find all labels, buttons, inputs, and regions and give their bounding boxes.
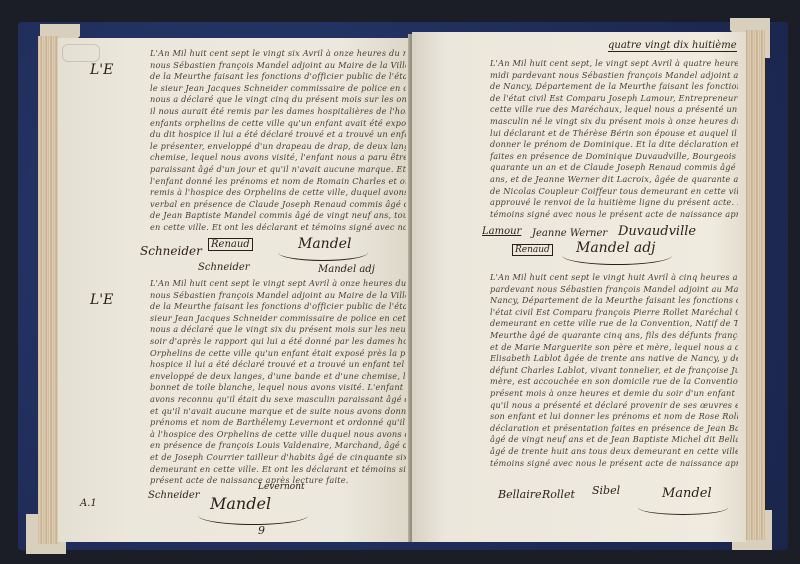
signature: Lamour [482, 226, 521, 237]
signature-flourish [198, 506, 308, 525]
signature: Mandel adj [318, 264, 375, 275]
handwritten-line: bonnet de toile blanche, lequel nous avo… [150, 382, 406, 394]
handwritten-line: en cette ville. Et ont les déclarant et … [150, 222, 406, 234]
handwritten-line: L'An Mil huit cent sept le vingt six Avr… [150, 48, 406, 60]
handwritten-line: et de Marie Marguerite son père et mère,… [490, 342, 738, 354]
handwritten-line: verbal en présence de Claude Joseph Rena… [150, 199, 406, 211]
left-page: L'E L'E A.1 L'An Mil huit cent sept le v… [58, 38, 410, 542]
handwritten-line: sieur Jean Jacques Schneider commissaire… [150, 313, 406, 325]
handwritten-line: Meurthe âgé de quarante cinq ans, fils d… [490, 330, 738, 342]
register-entry: L'An Mil huit cent sept le vingt six Avr… [150, 48, 406, 234]
handwritten-line: de l'état civil Est Comparu Joseph Lamou… [490, 93, 738, 105]
bottom-note: A.1 [80, 498, 97, 509]
signature: Schneider [148, 490, 200, 501]
handwritten-line: de la Meurthe faisant les fonctions d'of… [150, 71, 406, 83]
handwritten-line: qu'il nous a présenté et déclaré proveni… [490, 400, 738, 412]
handwritten-line: témoins signé avec nous le présent acte … [490, 209, 738, 221]
signature: Sibel [592, 484, 620, 497]
handwritten-line: L'An Mil huit cent sept le vingt sept Av… [150, 278, 406, 290]
handwritten-line: approuvé le renvoi de la huitième ligne … [490, 197, 738, 209]
handwritten-line: à l'hospice des Orphelins de cette ville… [150, 429, 406, 441]
right-page: quatre vingt dix huitième L'An Mil huit … [412, 32, 746, 542]
signature-flourish [638, 500, 728, 515]
handwritten-line: avons reconnu qu'il était du sexe mascul… [150, 394, 406, 406]
handwritten-line: soir d'après le rapport qui lui a été do… [150, 336, 406, 348]
handwritten-line: demeurant en cette ville. Et ont les déc… [150, 464, 406, 476]
register-entry: L'An Mil huit cent sept le vingt sept Av… [150, 278, 406, 487]
handwritten-line: et qu'il n'avait aucune marque et de sui… [150, 406, 406, 418]
handwritten-line: chemise, lequel nous avons visité, l'enf… [150, 152, 406, 164]
page-edges-left [38, 36, 60, 544]
handwritten-line: défunt Charles Lablot, vivant tonnelier,… [490, 365, 738, 377]
handwritten-line: nous a déclaré que le vingt cinq du prés… [150, 94, 406, 106]
handwritten-line: témoins signé avec nous le présent acte … [490, 458, 738, 470]
handwritten-line: Nancy, Département de la Meurthe faisant… [490, 295, 738, 307]
handwritten-line: et de Joseph Courrier tailleur d'habits … [150, 452, 406, 464]
handwritten-line: mère, est accouchée en son domicile rue … [490, 376, 738, 388]
handwritten-line: cette ville rue des Maréchaux, lequel no… [490, 104, 738, 116]
page-edges-right [745, 30, 765, 540]
handwritten-line: son enfant et lui donner les prénoms et … [490, 411, 738, 423]
handwritten-line: prénoms et nom de Barthélemy Levernont e… [150, 417, 406, 429]
handwritten-line: le présenter, enveloppé d'un drapeau de … [150, 141, 406, 153]
signature-flourish [562, 246, 672, 265]
handwritten-line: paraissant âgé d'un jour et qu'il n'avai… [150, 164, 406, 176]
folio-header: quatre vingt dix huitième [608, 40, 737, 52]
handwritten-line: enfants orphelins de cette ville qu'un e… [150, 118, 406, 130]
signature: Renaud [208, 238, 253, 251]
handwritten-line: hospice il lui a été déclaré trouvé et a… [150, 359, 406, 371]
handwritten-line: nous Sébastien françois Mandel adjoint a… [150, 60, 406, 72]
signature: Renaud [512, 244, 553, 256]
handwritten-line: nous a déclaré que le vingt six du prése… [150, 324, 406, 336]
handwritten-line: Elisabeth Lablot âgée de trente ans nati… [490, 353, 738, 365]
handwritten-line: donner le prénom de Dominique. Et la dit… [490, 139, 738, 151]
handwritten-line: il nous aurait été remis par les dames h… [150, 106, 406, 118]
signature: Rollet [542, 488, 575, 501]
handwritten-line: L'An Mil huit cent sept le vingt huit Av… [490, 272, 738, 284]
margin-note: L'E [90, 292, 113, 308]
handwritten-line: L'An Mil huit cent sept, le vingt sept A… [490, 58, 738, 70]
page-number: 9 [258, 524, 265, 537]
handwritten-line: présent mois à onze heures et demie du s… [490, 388, 738, 400]
handwritten-line: de la Meurthe faisant les fonctions d'of… [150, 301, 406, 313]
handwritten-line: de Nicolas Coupleur Coiffeur tous demeur… [490, 186, 738, 198]
handwritten-line: enveloppé de deux langes, d'une bande et… [150, 371, 406, 383]
handwritten-line: âgé de vingt neuf ans et de Jean Baptist… [490, 434, 738, 446]
signature: Schneider [140, 244, 202, 258]
register-entry: L'An Mil huit cent sept le vingt huit Av… [490, 272, 738, 469]
handwritten-line: déclaration et présentation faites en pr… [490, 423, 738, 435]
handwritten-line: ans, et de Jeanne Werner dit Lacroix, âg… [490, 174, 738, 186]
register-entry: L'An Mil huit cent sept, le vingt sept A… [490, 58, 738, 220]
handwritten-line: faites en présence de Dominique Duvaudvi… [490, 151, 738, 163]
handwritten-line: le sieur Jean Jacques Schneider commissa… [150, 83, 406, 95]
margin-note: L'E [90, 62, 113, 78]
handwritten-line: quarante un an et de Claude Joseph Renau… [490, 162, 738, 174]
handwritten-line: Orphelins de cette ville qu'un enfant ét… [150, 348, 406, 360]
signature: Levernont [258, 482, 305, 492]
signature: Bellaire [498, 488, 541, 501]
signature-flourish [278, 244, 368, 261]
handwritten-line: de Nancy, Département de la Meurthe fais… [490, 81, 738, 93]
handwritten-line: remis à l'hospice des Orphelins de cette… [150, 187, 406, 199]
signature: Jeanne Werner [532, 228, 607, 239]
handwritten-line: en présence de françois Louis Valdenaire… [150, 440, 406, 452]
handwritten-line: du dit hospice il lui a été déclaré trou… [150, 129, 406, 141]
signature: Mandel [662, 486, 712, 501]
handwritten-line: midi pardevant nous Sébastien françois M… [490, 70, 738, 82]
handwritten-line: masculin né le vingt six du présent mois… [490, 116, 738, 128]
handwritten-line: pardevant nous Sébastien françois Mandel… [490, 284, 738, 296]
handwritten-line: de Jean Baptiste Mandel commis âgé de vi… [150, 210, 406, 222]
signature: Duvaudville [618, 224, 696, 239]
signature: Schneider [198, 262, 250, 273]
handwritten-line: lui déclarant et de Thérèse Bérin son ép… [490, 128, 738, 140]
handwritten-line: l'état civil Est Comparu françois Pierre… [490, 307, 738, 319]
handwritten-line: nous Sébastien françois Mandel adjoint a… [150, 290, 406, 302]
faded-stamp [62, 44, 100, 62]
handwritten-line: l'enfant donné les prénoms et nom de Rom… [150, 176, 406, 188]
handwritten-line: âgé de trente huit ans tous deux demeura… [490, 446, 738, 458]
handwritten-line: demeurant en cette ville rue de la Conve… [490, 318, 738, 330]
